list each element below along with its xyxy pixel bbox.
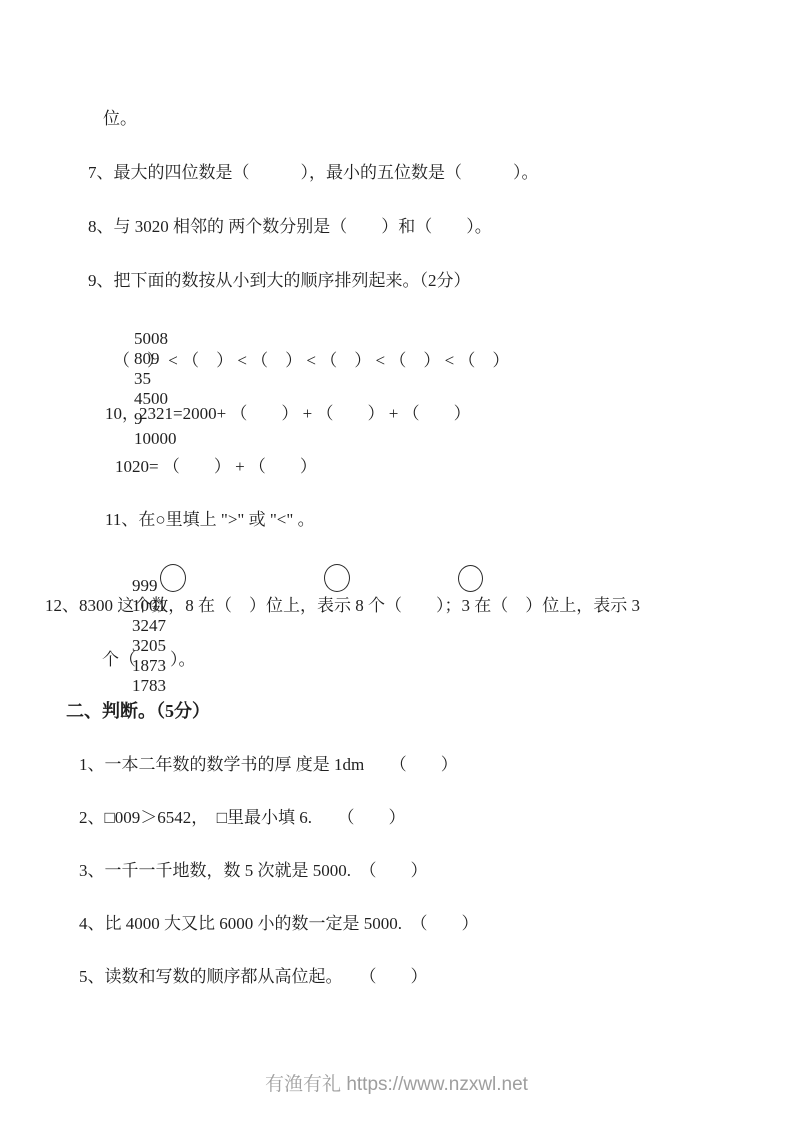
comparison-circle-icon — [160, 564, 186, 592]
judge-item-4: 4、比 4000 大又比 6000 小的数一定是 5000. （ ） — [79, 914, 479, 934]
question-9-numbers: 5008 809 35 4500 9 10000 — [117, 309, 189, 469]
question-9-prompt: 9、把下面的数按从小到大的顺序排列起来。（2分） — [88, 271, 471, 291]
number-item: 1783 — [132, 676, 166, 695]
question-9-answer-row: （ ） < （ ） < （ ） < （ ） < （ ） < （ ） — [113, 351, 509, 371]
judge-item-1: 1、一本二年数的数学书的厚 度是 1dm （ ） — [79, 755, 458, 775]
comparison-circle-icon — [324, 564, 350, 592]
judge-item-5: 5、读数和写数的顺序都从高位起。 （ ） — [79, 967, 428, 987]
number-item: 5008 — [134, 329, 168, 348]
number-item: 999 — [132, 576, 158, 595]
page-footer-watermark: 有渔有礼 https://www.nzxwl.net — [0, 1069, 793, 1096]
number-item: 10000 — [134, 429, 177, 448]
number-item: 3247 — [132, 616, 166, 635]
question-10-line2: 1020= （ ） + （ ） — [115, 457, 317, 477]
judge-item-2: 2、□009＞6542， □里最小填 6. （ ） — [79, 808, 406, 828]
judge-item-3: 3、一千一千地数，数 5 次就是 5000. （ ） — [79, 861, 428, 881]
question-11-prompt: 11、在○里填上 ">" 或 "<" 。 — [105, 510, 315, 530]
question-12-line2: 个（ ）。 — [102, 650, 196, 670]
question-7: 7、最大的四位数是（ ），最小的五位数是（ ）。 — [88, 163, 539, 183]
question-12-line1: 12、8300 这个数，8 在（ ）位上，表示 8 个（ ）；3 在（ ）位上，… — [45, 596, 640, 616]
comparison-circle-icon — [458, 565, 483, 592]
document-page: 位。 7、最大的四位数是（ ），最小的五位数是（ ）。 8、与 3020 相邻的… — [0, 0, 793, 1122]
question-10-line1: 10，2321=2000+ （ ） + （ ） + （ ） — [105, 404, 471, 424]
section-two-heading: 二、判断。（5分） — [66, 701, 210, 721]
number-item: 35 — [134, 369, 151, 388]
line-continuation: 位。 — [103, 109, 137, 129]
question-8: 8、与 3020 相邻的 两个数分别是（ ）和（ ）。 — [88, 217, 492, 237]
